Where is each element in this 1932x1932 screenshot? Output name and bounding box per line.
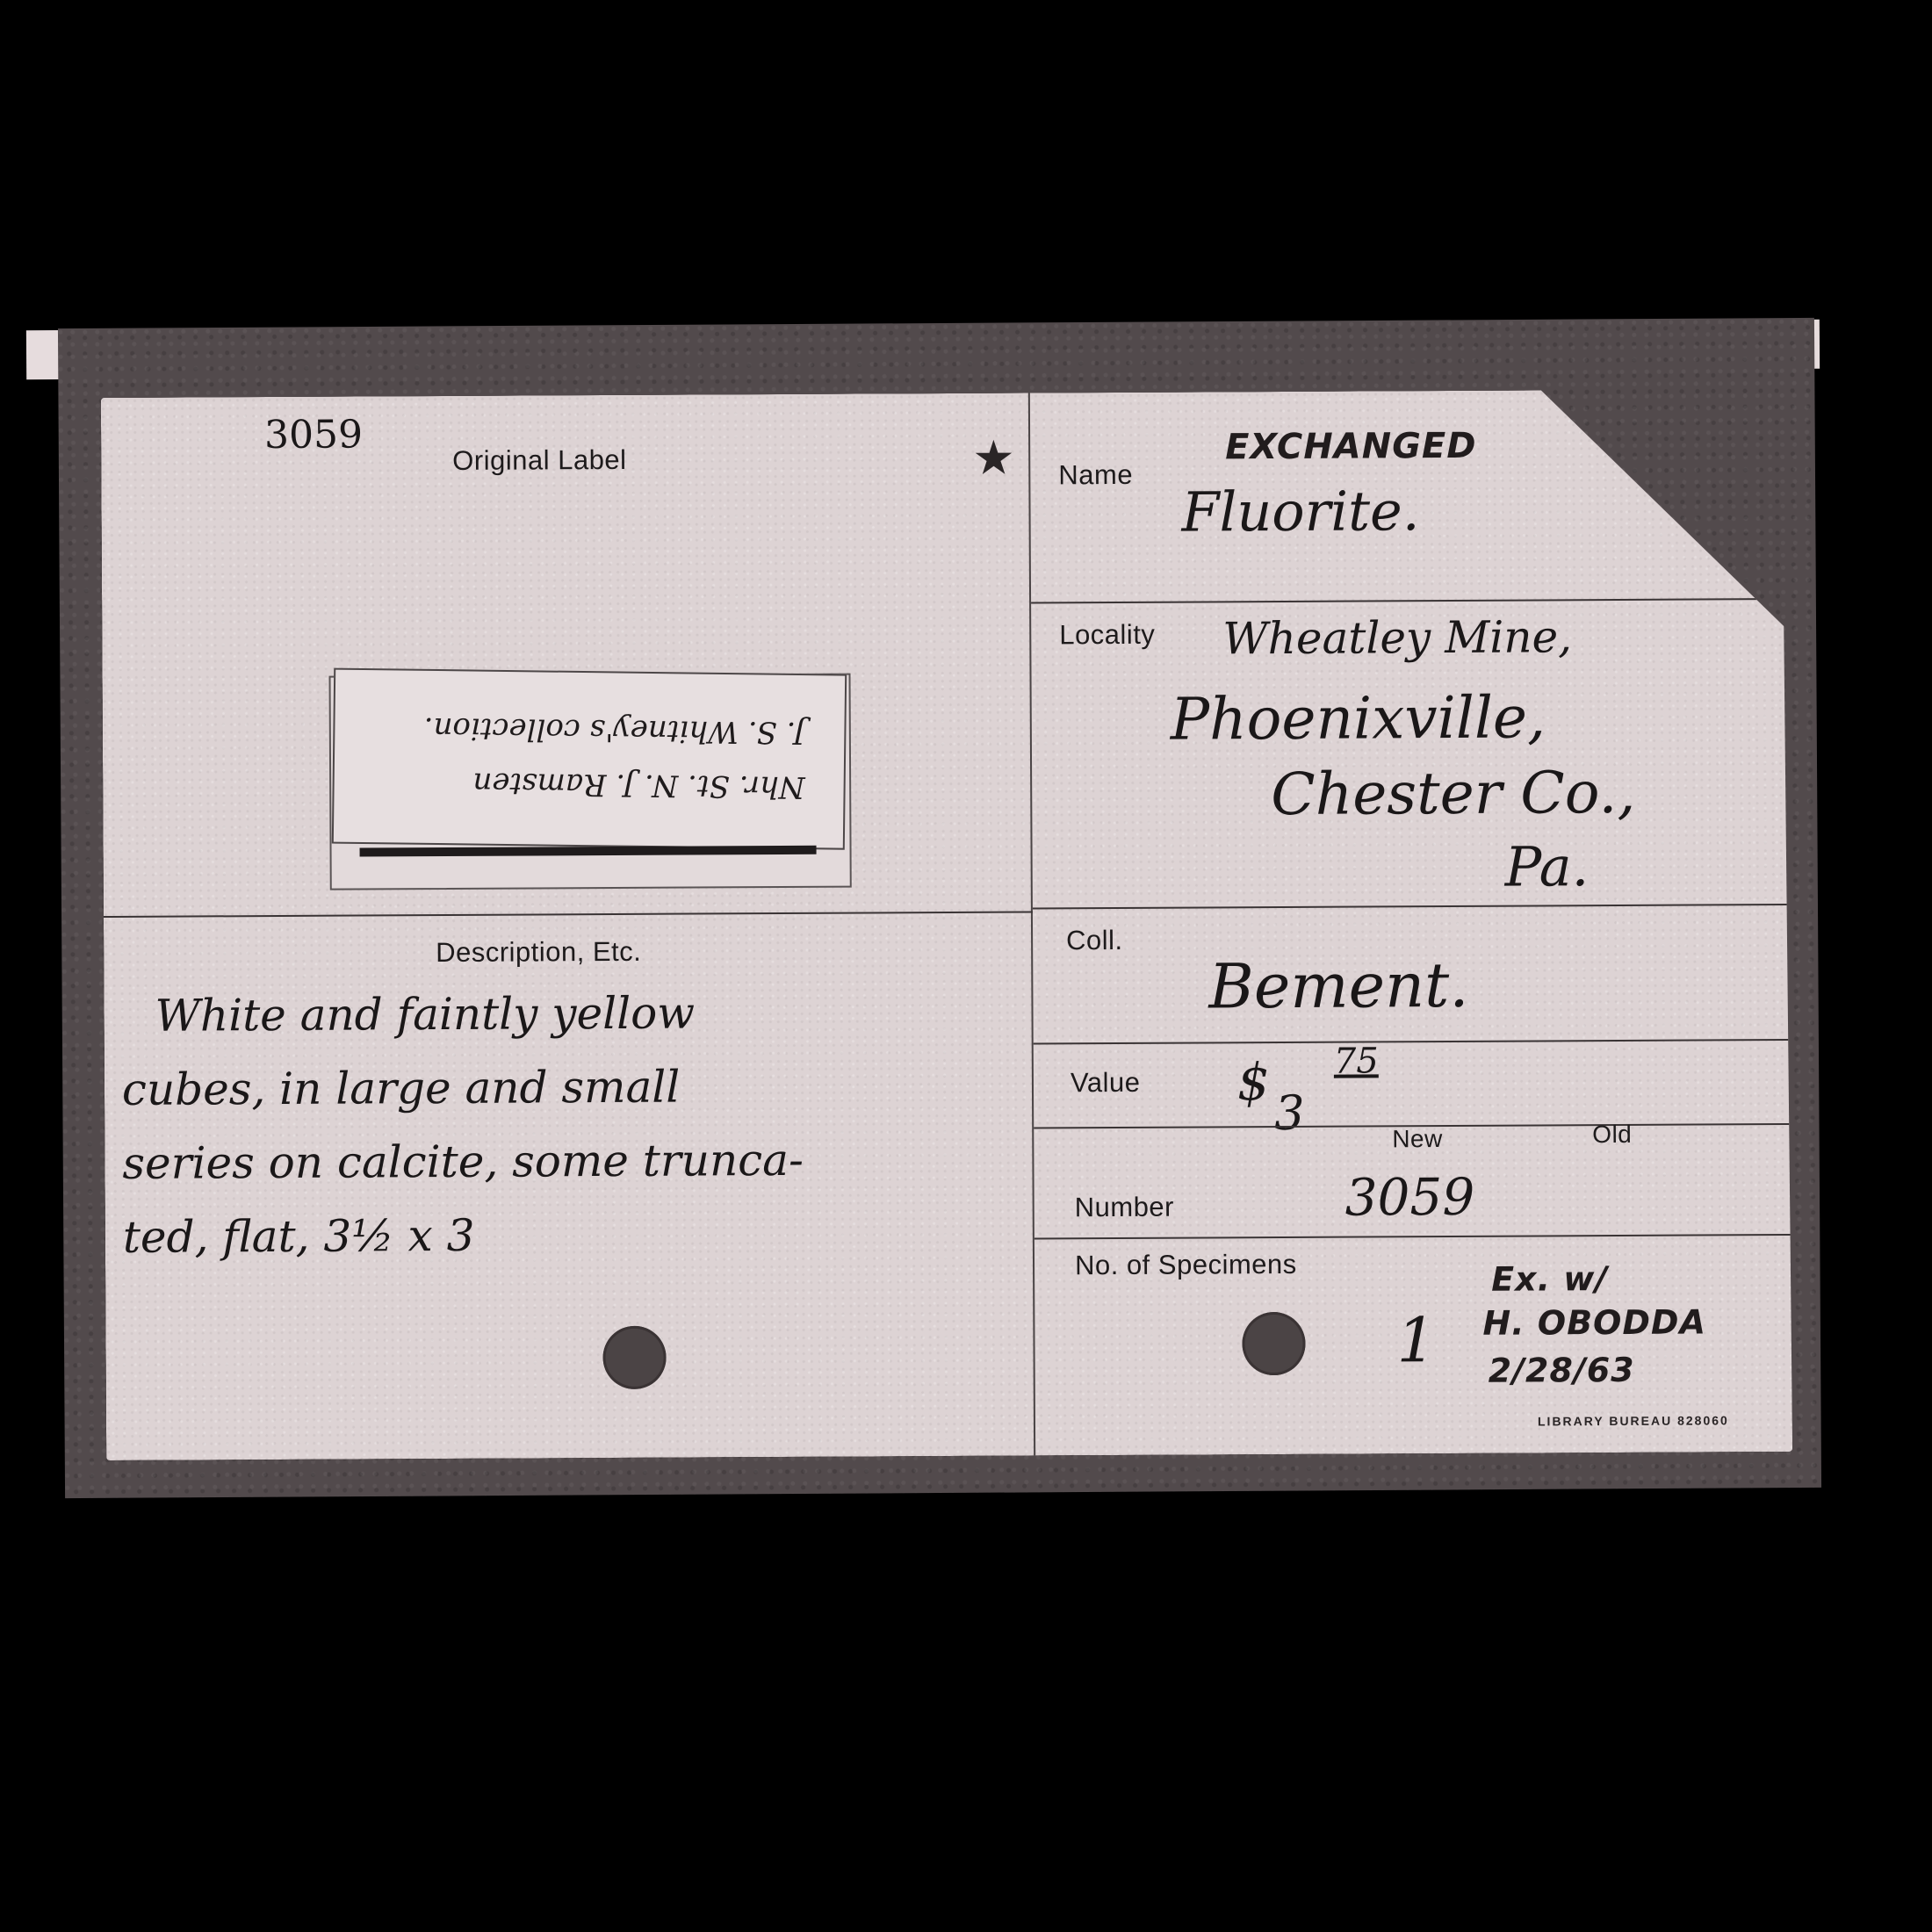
column-divider	[1028, 393, 1035, 1455]
star-icon: ★	[972, 430, 1015, 486]
section-divider	[104, 911, 1033, 918]
exchange-note-line: 2/28/63	[1489, 1351, 1635, 1390]
punch-hole-right	[1242, 1312, 1305, 1375]
description-text: White and faintly yellow cubes, in large…	[121, 974, 1036, 1273]
description-line: series on calcite, some trunca-	[122, 1121, 1035, 1200]
section-divider	[1033, 904, 1790, 910]
value-dollars: 3	[1274, 1085, 1305, 1141]
description-line: White and faintly yellow	[121, 974, 1034, 1052]
section-divider	[1034, 1039, 1791, 1045]
library-bureau-imprint: LIBRARY BUREAU 828060	[1538, 1413, 1729, 1428]
specimens-value: 1	[1396, 1304, 1436, 1376]
original-label-line: J. S. Whitney's collection.	[366, 700, 806, 760]
original-label-line: Nhr. St. N. J. Ramsten	[365, 754, 805, 814]
coll-value: Bement.	[1208, 949, 1469, 1023]
specimen-catalog-card: 3059 Original Label ★ Nhr. St. N. J. Ram…	[101, 389, 1792, 1460]
punch-hole-left	[602, 1326, 666, 1389]
number-old-label: Old	[1592, 1121, 1632, 1149]
section-divider	[1031, 598, 1788, 604]
catalog-number-top: 3059	[264, 412, 363, 458]
locality-line: Wheatley Mine,	[1222, 611, 1572, 664]
specimens-label: No. of Specimens	[1075, 1249, 1297, 1281]
value-label: Value	[1071, 1067, 1141, 1099]
locality-line: Phoenixville,	[1171, 683, 1546, 753]
number-label: Number	[1075, 1192, 1174, 1224]
coll-label: Coll.	[1066, 925, 1123, 956]
locality-line: Pa.	[1504, 834, 1589, 898]
exchanged-stamp: EXCHANGED	[1225, 426, 1477, 467]
original-label-text: Nhr. St. N. J. Ramsten J. S. Whitney's c…	[365, 700, 805, 814]
value-currency: $	[1237, 1052, 1270, 1112]
description-line: cubes, in large and small	[122, 1048, 1035, 1126]
original-label-heading: Original Label	[452, 444, 626, 477]
exchange-note-line: H. OBODDA	[1482, 1302, 1706, 1342]
exchange-note-line: Ex. w/	[1491, 1259, 1608, 1299]
name-value: Fluorite.	[1181, 479, 1419, 544]
section-divider	[1034, 1234, 1791, 1240]
description-heading: Description, Etc.	[436, 936, 641, 969]
number-value: 3059	[1344, 1167, 1474, 1228]
name-label: Name	[1058, 459, 1133, 491]
value-cents: 75	[1334, 1041, 1379, 1081]
description-line: ted, flat, 3½ x 3	[123, 1195, 1036, 1273]
number-new-label: New	[1392, 1125, 1443, 1153]
locality-line: Chester Co.,	[1271, 759, 1635, 828]
locality-label: Locality	[1059, 619, 1155, 652]
